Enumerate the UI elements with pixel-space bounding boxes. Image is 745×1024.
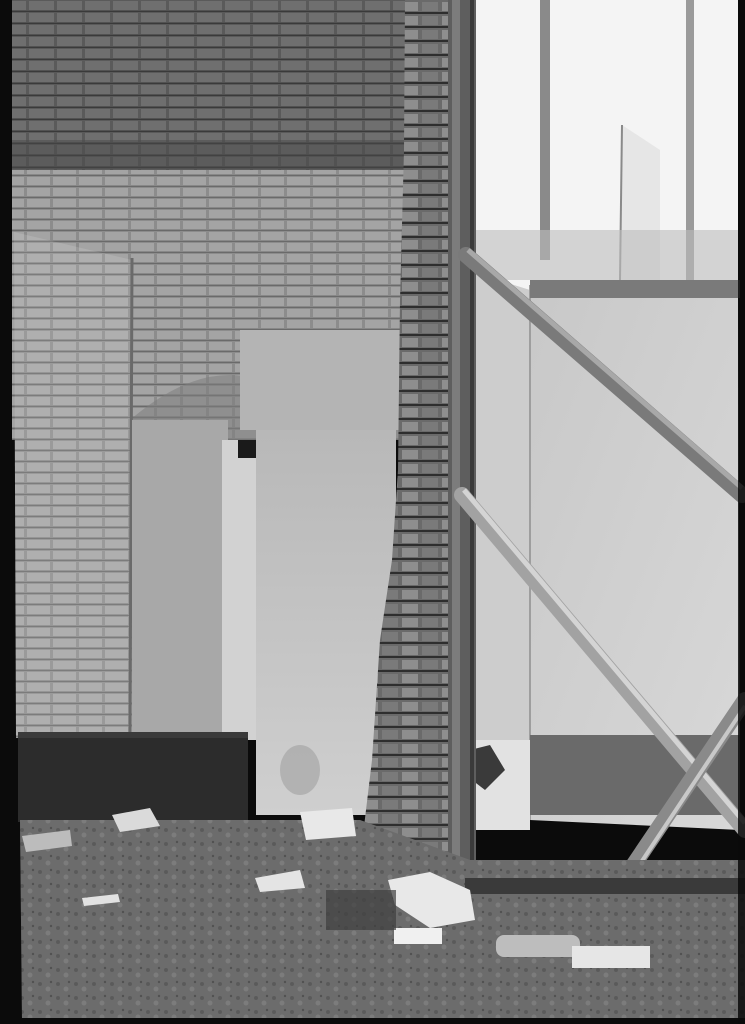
photograph: Ruined interior corner of a demolished b… <box>0 0 745 1024</box>
rubble-ground <box>20 808 745 1020</box>
wooden-post <box>448 0 476 870</box>
upper-right-white-wall <box>470 0 738 290</box>
left-brick-wall <box>14 232 132 740</box>
dark-base-band <box>18 732 248 822</box>
upper-brick-wall <box>12 0 410 180</box>
center-left-panel <box>132 420 258 740</box>
